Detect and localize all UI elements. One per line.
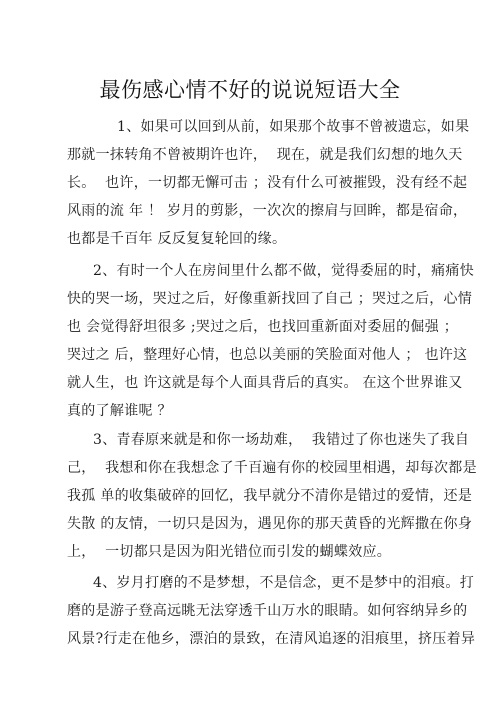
paragraph-line: 1、如果可以回到从前，如果那个故事不曾被遗忘，如果 <box>117 117 469 137</box>
paragraph-line: 我孤 单的收集破碎的回忆，我早就分不清你是错过的爱情，还是 <box>67 486 472 506</box>
paragraph-line: 3、青春原来就是和你一场劫难， 我错过了你也迷失了我自 <box>93 430 469 450</box>
paragraph-line: 也都是千百年 反反复复轮回的缘。 <box>67 229 286 249</box>
paragraph-line: 哭过之 后，整理好心情，也总以美丽的笑脸面对他人 ； 也许这 <box>67 345 467 365</box>
paragraph-line: 上， 一切都只是因为阳光错位而引发的蝴蝶效应。 <box>67 542 391 562</box>
paragraph-line: 就人生，也 许这就是每个人面具背后的真实。 在这个世界谁又 <box>67 373 463 393</box>
paragraph-line: 长。 也许，一切都无懈可击 ；没有什么可被摧毁，没有经不起 <box>67 173 467 193</box>
paragraph-line: 真的了解谁呢 ？ <box>67 401 172 421</box>
paragraph-line: 快的哭一场，哭过之后，好像重新找回了自己 ；哭过之后，心情 <box>67 289 472 309</box>
paragraph-line: 己， 我想和你在我想念了千百遍有你的校园里相遇，却每次都是 <box>67 458 477 478</box>
document-page: 最伤感心情不好的说说短语大全 1、如果可以回到从前，如果那个故事不曾被遗忘，如果… <box>0 0 500 708</box>
paragraph-line: 也 会觉得舒坦很多 ;哭过之后，也找回重新面对委屈的倔强 ； <box>67 317 458 337</box>
paragraph-line: 4、岁月打磨的不是梦想，不是信念，更不是梦中的泪痕。打 <box>93 573 474 593</box>
paragraph-line: 磨的是游子登高远眺无法穿透千山万水的眼睛。如何容纳异乡的 <box>67 601 467 621</box>
paragraph-line: 失散 的友情，一切只是因为，遇见你的那天黄昏的光辉撒在你身 <box>67 514 472 534</box>
document-title: 最伤感心情不好的说说短语大全 <box>0 76 500 104</box>
paragraph-line: 那就一抹转角不曾被期许也许， 现在，就是我们幻想的地久天 <box>67 145 463 165</box>
paragraph-line: 2、有时一个人在房间里什么都不做，觉得委屈的时，痛痛快 <box>93 261 474 281</box>
paragraph-line: 风景?行走在他乡，漂泊的景致，在清风追逐的泪痕里，挤压着异 <box>67 629 475 649</box>
paragraph-line: 风雨的流 年 ！ 岁月的剪影，一次次的擦肩与回眸，都是宿命， <box>67 201 467 221</box>
